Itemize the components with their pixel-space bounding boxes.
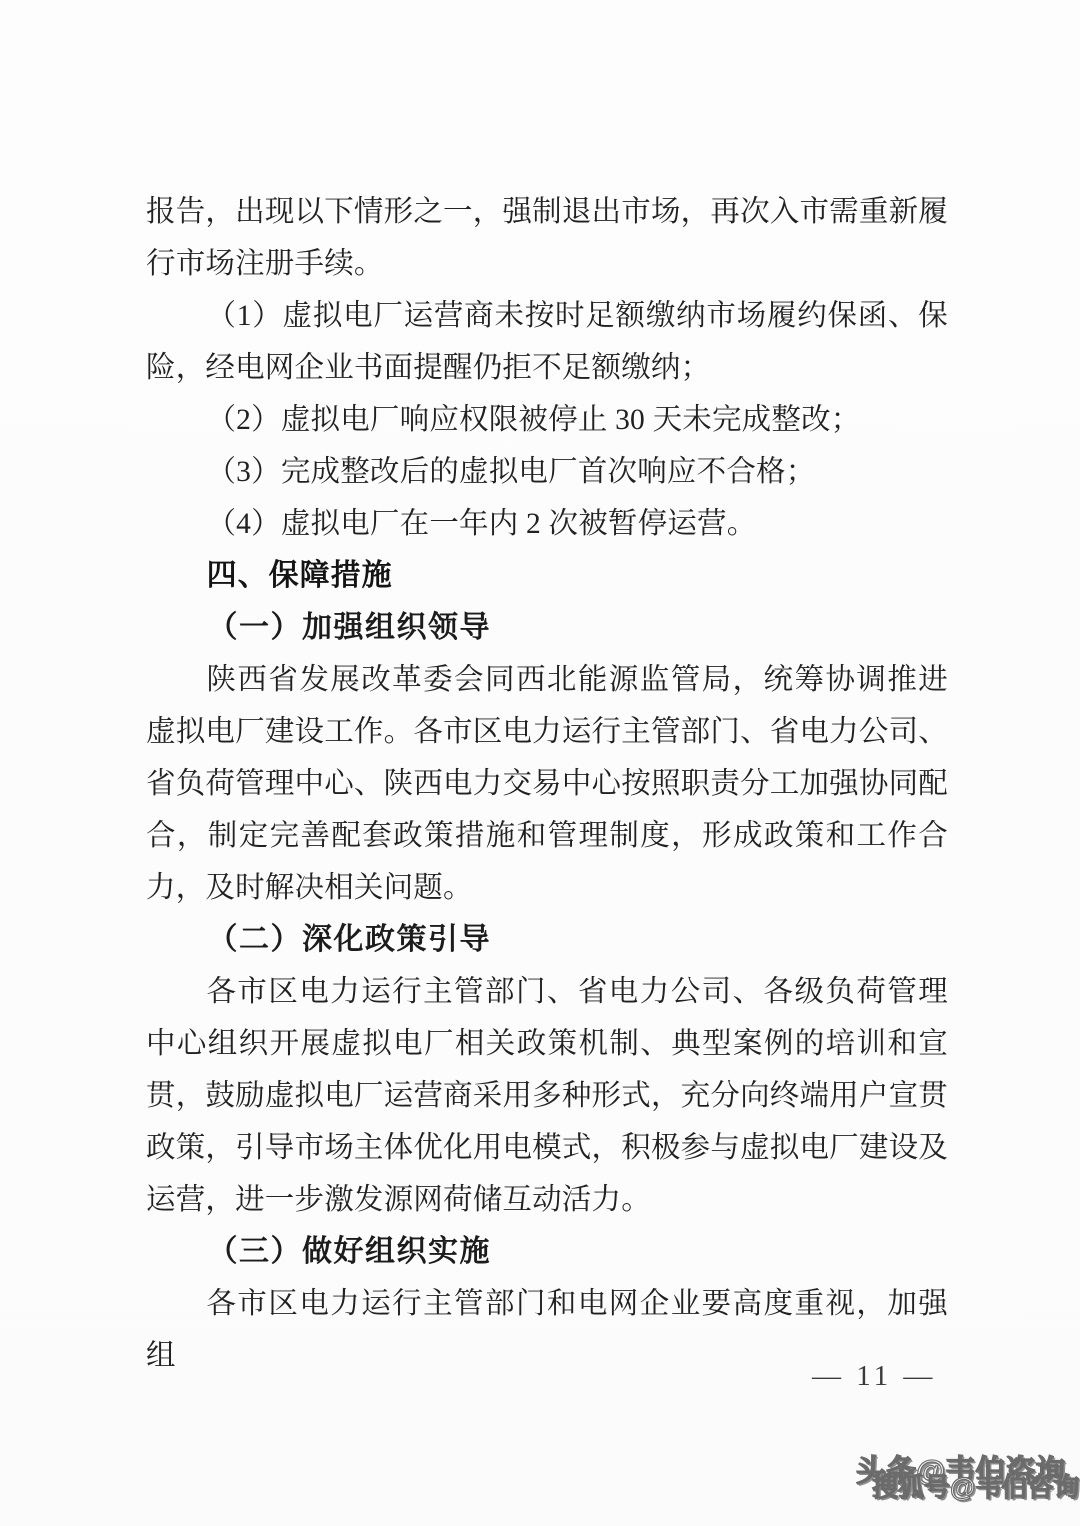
list-item-3: （3）完成整改后的虚拟电厂首次响应不合格； <box>146 446 948 498</box>
subsection-heading-2-policy-guidance: （二）深化政策引导 <box>146 914 948 966</box>
watermark-sohu: 搜狐号@韦伯咨询 <box>872 1467 1079 1504</box>
subsection-heading-3-implementation: （三）做好组织实施 <box>146 1226 948 1278</box>
subsection-heading-1-leadership: （一）加强组织领导 <box>146 602 948 654</box>
list-item-1: （1）虚拟电厂运营商未按时足额缴纳市场履约保函、保险，经电网企业书面提醒仍拒不足… <box>146 290 948 394</box>
section-heading-4-safeguards: 四、保障措施 <box>146 550 948 602</box>
document-page: 报告，出现以下情形之一，强制退出市场，再次入市需重新履行市场注册手续。 （1）虚… <box>0 0 1080 1526</box>
document-body: 报告，出现以下情形之一，强制退出市场，再次入市需重新履行市场注册手续。 （1）虚… <box>146 186 948 1382</box>
para-organization-leadership: 陕西省发展改革委会同西北能源监管局，统筹协调推进虚拟电厂建设工作。各市区电力运行… <box>146 654 948 914</box>
para-market-exit-continuation: 报告，出现以下情形之一，强制退出市场，再次入市需重新履行市场注册手续。 <box>146 186 948 290</box>
para-policy-guidance: 各市区电力运行主管部门、省电力公司、各级负荷管理中心组织开展虚拟电厂相关政策机制… <box>146 966 948 1226</box>
page-number: — 11 — <box>812 1360 936 1393</box>
list-item-2: （2）虚拟电厂响应权限被停止 30 天未完成整改； <box>146 394 948 446</box>
list-item-4: （4）虚拟电厂在一年内 2 次被暂停运营。 <box>146 498 948 550</box>
